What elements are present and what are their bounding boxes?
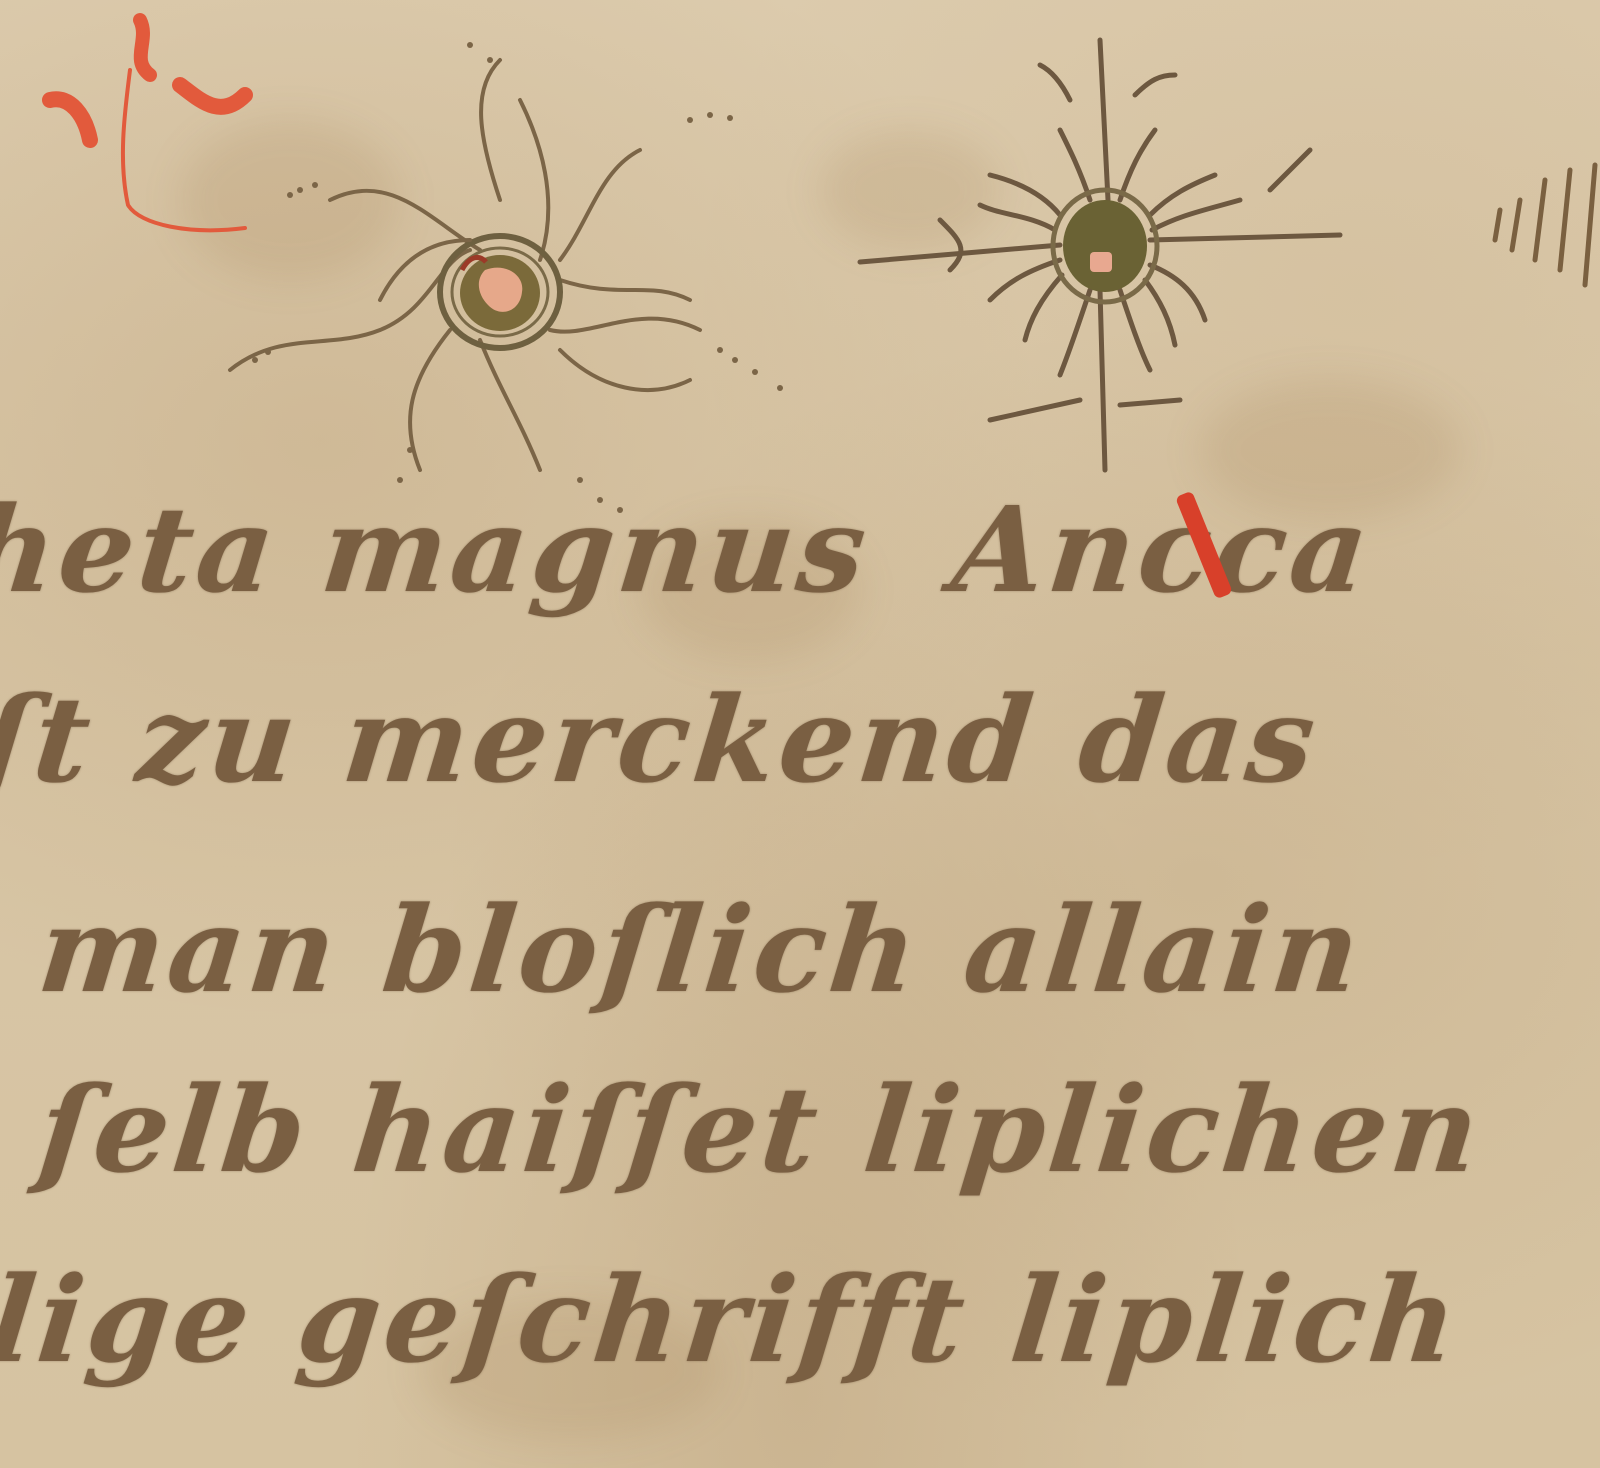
red-flourish-icon	[50, 20, 245, 230]
star-core	[1090, 252, 1112, 272]
text-line-1: heta magnus Ancca	[0, 480, 1379, 619]
manuscript-page: heta magnus Ancca ſt zu merckend das man…	[0, 0, 1600, 1468]
hatch-marks	[1495, 165, 1595, 285]
text-line-3: man bloſlich allain	[33, 880, 1370, 1019]
text-line-4: ſelb haiſſet liplichen	[33, 1060, 1489, 1199]
star-core-ring	[1063, 200, 1147, 292]
text-line-5: lige geſchrifft liplich	[0, 1250, 1467, 1389]
text-line-2: ſt zu merckend das	[0, 670, 1325, 809]
